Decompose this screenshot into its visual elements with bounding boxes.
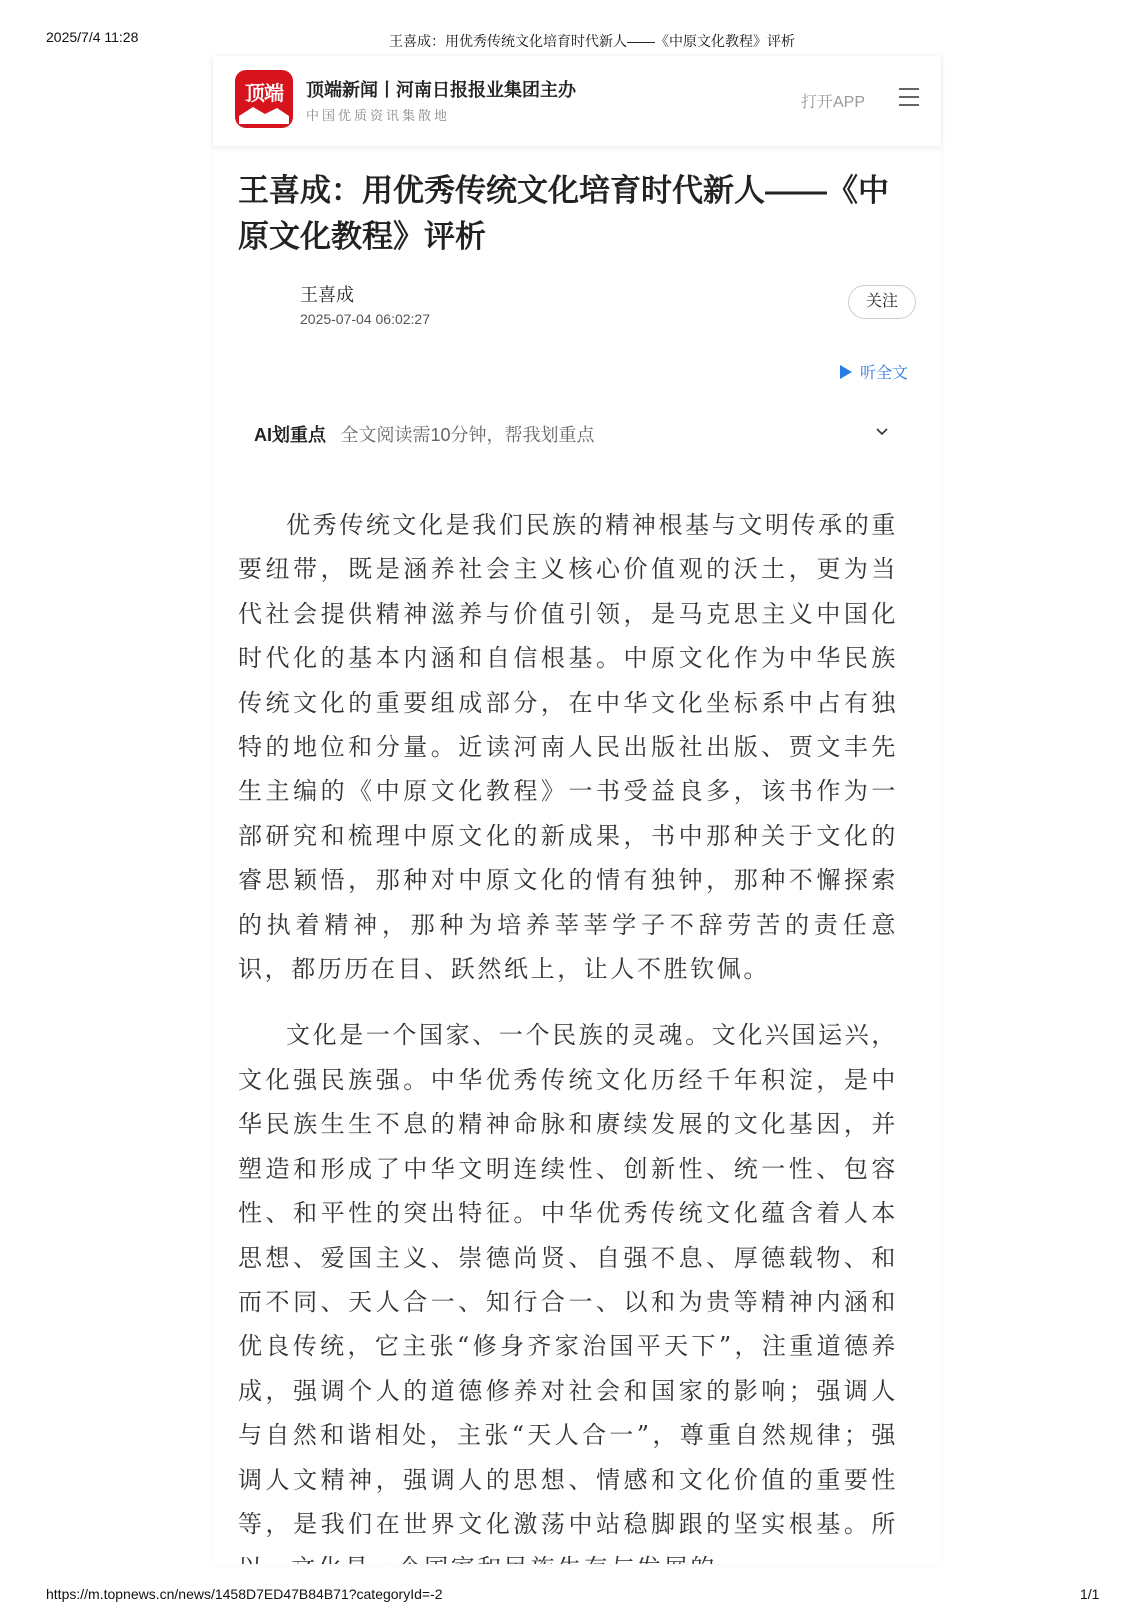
open-app-button[interactable]: 打开APP: [801, 89, 865, 112]
ai-summary-bar[interactable]: AI划重点 全文阅读需10分钟，帮我划重点: [254, 421, 904, 447]
ai-summary-description: 全文阅读需10分钟，帮我划重点: [340, 425, 594, 445]
site-logo[interactable]: 顶端: [235, 70, 293, 128]
print-footer-url: https://m.topnews.cn/news/1458D7ED47B84B…: [46, 1586, 443, 1602]
article-title: 王喜成：用优秀传统文化培育时代新人——《中原文化教程》评析: [238, 168, 918, 260]
play-icon: [840, 365, 852, 379]
listen-label: 听全文: [860, 365, 908, 382]
publish-time: 2025-07-04 06:02:27: [300, 311, 430, 327]
article-paragraph: 文化是一个国家、一个民族的灵魂。文化兴国运兴，文化强民族强。中华优秀传统文化历经…: [238, 1013, 898, 1564]
logo-mountain-icon: [239, 104, 289, 124]
logo-text: 顶端: [235, 77, 293, 106]
author-avatar[interactable]: [238, 282, 286, 330]
brand-name: 顶端新闻丨河南日报报业集团主办: [306, 76, 576, 102]
chevron-down-icon[interactable]: [874, 424, 890, 440]
ai-summary-label: AI划重点: [254, 425, 326, 445]
article-paragraph: 优秀传统文化是我们民族的精神根基与文明传承的重要纽带，既是涵养社会主义核心价值观…: [238, 503, 898, 991]
author-name[interactable]: 王喜成: [300, 281, 354, 307]
follow-button[interactable]: 关注: [848, 285, 916, 319]
article-body: 优秀传统文化是我们民族的精神根基与文明传承的重要纽带，既是涵养社会主义核心价值观…: [213, 490, 941, 1564]
listen-full-text-button[interactable]: 听全文: [840, 360, 908, 383]
print-page-number: 1/1: [1080, 1586, 1099, 1602]
print-page-title: 王喜成：用优秀传统文化培育时代新人——《中原文化教程》评析: [0, 31, 1144, 51]
brand-slogan: 中国优质资讯集散地: [306, 105, 450, 124]
site-header: 顶端 顶端新闻丨河南日报报业集团主办 中国优质资讯集散地 打开APP: [213, 56, 941, 146]
hamburger-menu-icon[interactable]: [893, 82, 923, 112]
